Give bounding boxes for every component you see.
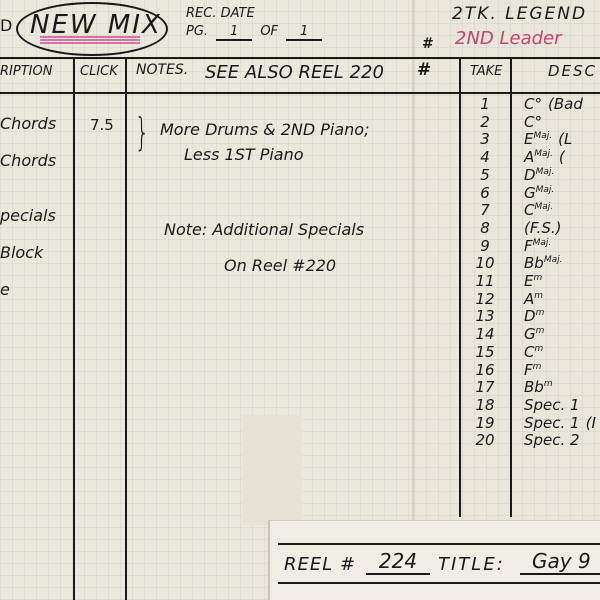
card-top-rule [278,543,600,545]
take-chord-quality: Maj. [544,255,563,265]
hash-mark: # [422,36,434,52]
legend-top-rule [412,57,600,59]
description-item: e [0,280,10,299]
take-number: 15 [470,343,500,361]
take-description: CMaj. [524,201,559,219]
column-header-take: TAKE [470,64,502,79]
page-total: 1 [286,24,322,41]
edge-mark: D [0,16,12,35]
brace-mark: } [135,110,150,154]
take-number: 3 [470,130,500,148]
take-description: Fm [524,361,547,379]
take-description: FMaj. [524,237,557,255]
take-description: AMaj.( [524,148,565,166]
take-description: Gm [524,325,550,343]
take-chord-quality: Maj. [534,202,553,212]
title-value: Gay 9 [520,549,600,575]
take-number: 7 [470,201,500,219]
take-description: Em [524,272,548,290]
take-chord: (F.S.) [524,219,561,237]
header-top-rule [0,57,412,59]
take-chord: C° [524,113,542,131]
take-chord: F [524,361,533,379]
additional-note: On Reel #220 [224,256,336,275]
take-description: Spec. 2 [524,431,586,449]
page-indicator: PG. 1 OF 1 [186,24,326,41]
take-description: Cm [524,343,549,361]
page-label: PG. [186,24,208,39]
log-sheet-left: D NEW MIX REC. DATE PG. 1 OF 1 RIPTION C… [0,0,412,600]
take-description: Spec. 1 [524,396,586,414]
take-chord: F [524,237,533,255]
take-chord: G [524,184,536,202]
take-chord: C° [524,95,542,113]
take-description: Bbm [524,378,559,396]
take-chord-quality: Maj. [533,131,552,141]
reel-card: REEL # 224 TITLE: Gay 9 [268,520,600,600]
take-description: DMaj. [524,166,560,184]
log-sheet-right [412,0,600,600]
reel-label: REEL # [284,554,356,575]
take-number: 4 [470,148,500,166]
take-chord: Spec. 1 [524,396,580,414]
column-header-hash: # [417,60,431,80]
take-description: BbMaj. [524,254,568,272]
reel-number: 224 [366,549,430,575]
column-header-desc: DESC [548,62,597,80]
paper-scrap [242,415,302,525]
take-description: Spec. 1(I [524,414,596,432]
description-item: Chords [0,151,56,170]
column-header-click: CLICK [80,64,118,79]
take-chord-quality: m [534,344,543,354]
take-chord-quality: m [533,362,542,372]
notes-line: More Drums & 2ND Piano; [160,120,369,139]
take-number: 18 [470,396,500,414]
take-chord-quality: Maj. [536,167,555,177]
take-chord-quality: m [533,273,542,283]
take-chord: Bb [524,254,544,272]
take-number: 17 [470,378,500,396]
take-number: 13 [470,307,500,325]
take-number: 9 [470,237,500,255]
take-chord-quality: m [536,308,545,318]
take-chord: A [524,148,534,166]
additional-note: Note: Additional Specials [164,220,364,239]
take-number: 5 [470,166,500,184]
take-description: Dm [524,307,550,325]
take-description: C° [524,113,548,131]
card-bottom-rule [278,582,600,584]
take-chord: G [524,325,536,343]
legend-divider-2 [510,57,512,517]
take-number: 14 [470,325,500,343]
take-number: 19 [470,414,500,432]
take-description: (F.S.) [524,219,567,237]
take-number: 1 [470,95,500,113]
take-description: GMaj. [524,184,560,202]
take-chord: C [524,201,534,219]
take-number: 8 [470,219,500,237]
take-chord: Bb [524,378,544,396]
legend-header-rule [412,92,600,94]
legend-title: 2TK. LEGEND [452,4,587,24]
highlighter-mark [40,36,140,44]
take-number: 12 [470,290,500,308]
leader-note: 2ND Leader [455,28,562,49]
description-item: pecials [0,206,56,225]
take-description: Am [524,290,549,308]
take-number: 16 [470,361,500,379]
header-bottom-rule [0,92,412,94]
column-header-description: RIPTION [0,64,52,79]
take-chord: Spec. 2 [524,431,580,449]
rec-date-label: REC. DATE [186,6,255,21]
title-label: TITLE: [438,554,505,575]
take-number: 10 [470,254,500,272]
take-number: 6 [470,184,500,202]
take-chord: C [524,343,534,361]
take-chord-quality: m [536,326,545,336]
description-item: Block [0,243,43,262]
page-current: 1 [216,24,252,41]
take-chord: D [524,166,536,184]
description-item: Chords [0,114,56,133]
take-description: C°(Bad [524,95,583,113]
take-number: 20 [470,431,500,449]
take-comment: (Bad [548,95,583,113]
column-divider-2 [125,57,127,600]
column-divider-1 [73,57,75,600]
take-chord-quality: Maj. [536,185,555,195]
see-also-note: SEE ALSO REEL 220 [205,62,384,83]
column-header-notes: NOTES. [136,62,188,78]
take-comment: ( [559,148,565,166]
take-chord-quality: Maj. [534,149,553,159]
take-chord: A [524,290,534,308]
take-chord: Spec. 1 [524,414,580,432]
take-number: 2 [470,113,500,131]
legend-divider-1 [459,57,461,517]
take-number: 11 [470,272,500,290]
click-value: 7.5 [90,116,114,134]
take-description: EMaj.(L [524,130,572,148]
take-comment: (I [586,414,596,432]
take-comment: (L [558,130,572,148]
notes-line: Less 1ST Piano [184,145,304,164]
take-chord: D [524,307,536,325]
take-chord-quality: m [544,379,553,389]
page-of: OF [260,24,278,39]
take-chord-quality: Maj. [533,238,552,248]
take-chord-quality: m [534,291,543,301]
